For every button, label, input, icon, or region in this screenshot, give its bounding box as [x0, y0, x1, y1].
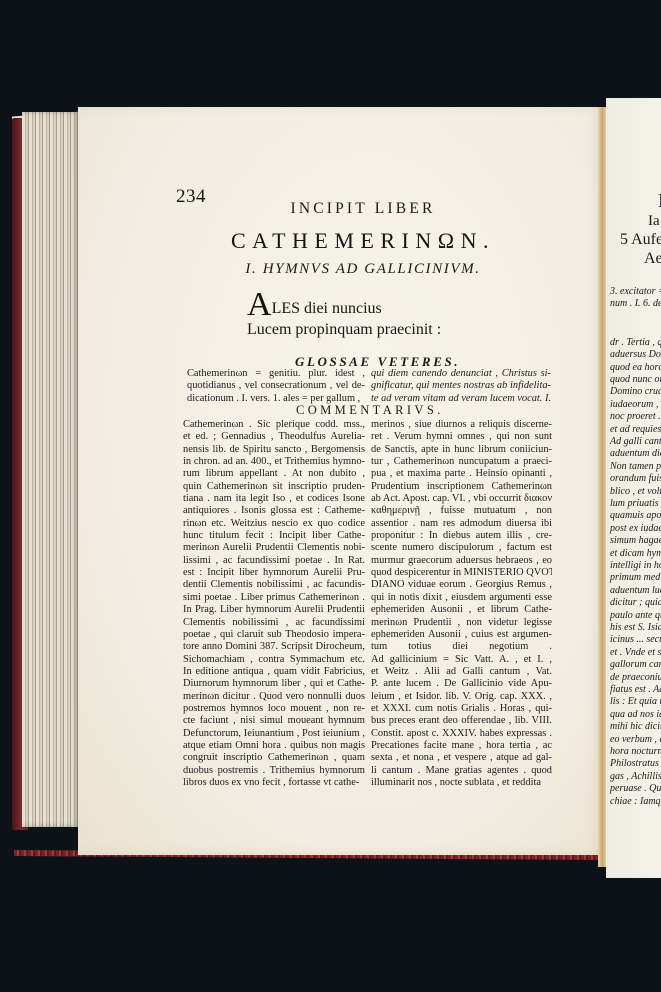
text-line: DIANO viduae eorum . Georgius Remus , — [371, 579, 552, 591]
text-line: scente numero discipulorum , factum est — [371, 542, 552, 554]
right-page-text-line: qua ad nos iam f — [610, 709, 661, 720]
text-line: gnificatur, qui mentes nostras ab infide… — [371, 380, 551, 392]
text-line: quin Cathemerinωn sit inscriptio pruden- — [183, 481, 365, 493]
verse-line-1-text: LES diei nuncius — [272, 300, 382, 317]
commentarius-heading: COMMENTARIVS. — [296, 403, 444, 418]
text-line: merinωn Prudentii , non videtur legisse — [371, 617, 552, 629]
right-page-text-line: gallorum cantus — [610, 659, 661, 670]
text-line: In editione antiqua , quam vidit Fabrici… — [183, 666, 365, 678]
text-line: ephemeriden Ausonii , cuius est argumen- — [371, 629, 552, 641]
text-line: merinωn dicitur . Quod vero nonnulli duo… — [183, 691, 365, 703]
right-page-text-line: his est S. Isidoru — [610, 622, 661, 633]
right-page-text-line: aduersus Domini — [610, 349, 661, 360]
text-line: leium , et Isidor. lib. V. Orig. cap. XX… — [371, 691, 552, 703]
right-page-text-line: et ad requiescere — [610, 424, 661, 435]
text-line: postremos hymnos loco mouent , non re- — [183, 703, 365, 715]
text-line: et Weitz . Alii ad Galli cantum , Vat. — [371, 666, 552, 678]
right-page-text-line: aduentum diei a — [610, 448, 661, 459]
text-line: Sichomachiam , contra Symmachum etc. — [183, 654, 365, 666]
title-incipit-liber: INCIPIT LIBER — [78, 200, 606, 218]
page-edges-stack — [22, 112, 80, 827]
right-page-text-line: peruase . Quo — [610, 783, 661, 794]
right-page-text-line: Philostratus lib — [610, 758, 661, 769]
right-page-text-line: 3. excitator = — [610, 286, 661, 297]
text-line: tiana . nam ita legit Iso , et codices I… — [183, 493, 365, 505]
text-line: Defunctorum, Ieiunantium , Post ieiunium… — [183, 728, 365, 740]
text-line: quod despicerentur in MINISTERIO QVOTI- — [371, 567, 552, 579]
text-line: de Sanctis, apte in hunc librum coniiciu… — [371, 444, 552, 456]
text-line: simi poetae . Liber primus Cathemerinωn … — [183, 592, 365, 604]
right-page-text-line: iudaeorum , et e — [610, 399, 661, 410]
text-line: poetae , qui claruit sub Theodosio imper… — [183, 629, 365, 641]
right-page-text-line: blico , et volu — [610, 486, 661, 497]
text-line: Precationes facite mane , hora tertia , … — [371, 740, 552, 752]
right-page-text-line: orandum fuisse — [610, 473, 661, 484]
text-line: duobus postremis . Trithemius hymnorum — [183, 765, 365, 777]
text-line: tur , Cathemerinωn nuncupatum a praeci- — [371, 456, 552, 468]
text-line: tore anno Domini 387. Scripsit Dirocheum… — [183, 641, 365, 653]
right-page-text-line: icinus ... secu — [610, 634, 661, 645]
text-line: merinos , siue diurnos a reliquis discer… — [371, 419, 552, 431]
right-page-text-line: et . Vnde et su — [610, 647, 661, 658]
text-line: assentior . nam res admodum diuersa ibi — [371, 518, 552, 530]
right-page-text-line: Ad galli cantu — [610, 436, 661, 447]
right-page-text-line: lum priuatis rel — [610, 498, 661, 509]
text-line: murmur graecorum aduersus hebraeos , eo — [371, 555, 552, 567]
right-page-text-line: paulo ante quan — [610, 610, 661, 621]
right-page-text-line: quamuis aposto — [610, 510, 661, 521]
text-line: In Prag. Liber hymnorum Aurelii Prudenti… — [183, 604, 365, 616]
text-line: proponitur : In diebus autem illis , cre… — [371, 530, 552, 542]
text-line: Cathemerinωn = genitiu. plur. idest , — [187, 368, 365, 380]
right-page-text-line: chiae : Iamq — [610, 796, 661, 807]
text-line: atque etiam Omni hora . quibus non magis — [183, 740, 365, 752]
right-page-text-line: intelligi in hoc — [610, 560, 661, 571]
drop-cap: A — [247, 286, 272, 323]
text-line: libros duos ex vno fecit , fortasse vt c… — [183, 777, 365, 789]
right-page-text-line: Domino crucifixu — [610, 386, 661, 397]
text-line: cte faciunt , nisi simul moueant hymnum — [183, 715, 365, 727]
text-line: antiquiores . Isonis glossa est : Cathem… — [183, 505, 365, 517]
text-line: illuminarit nos , nocte sublata , et red… — [371, 777, 552, 789]
text-line: qui diem canendo denunciat , Christus si… — [371, 368, 551, 380]
text-line: Clementis nobilissimi , ac facundissimi — [183, 617, 365, 629]
text-line: et XXXI. cum notis Grialis . Horas , qui… — [371, 703, 552, 715]
right-page-text-line: dr . Tertia , quo — [610, 337, 661, 348]
hymn-title: I. HYMNVS AD GALLICINIVM. — [78, 261, 606, 278]
right-page-text-line: mihi hic dicitur — [610, 721, 661, 732]
right-page-text-line: de praeconium — [610, 672, 661, 683]
right-page-text-line: quod nunc omnia — [610, 374, 661, 385]
right-page-text-line: hora nocturna — [610, 746, 661, 757]
right-page-text-line: quod ea hora in — [610, 362, 661, 373]
verse-line-2: Lucem propinquam praecinit : — [247, 321, 441, 339]
right-page-text-line: fiatus est . Ad c — [610, 684, 661, 695]
text-line: tum totius diei negotium . — [371, 641, 552, 653]
text-line: hunc titulum fecit : Incipit liber Cathe… — [183, 530, 365, 542]
text-line: qui in notis dixit , eiusdem argumenti e… — [371, 592, 552, 604]
text-line: P. ante lucem . De Gallicinio vide Apu- — [371, 678, 552, 690]
right-page-text-line: gas , Achillis — [610, 771, 661, 782]
text-line: ab Act. Apost. cap. VI. , vbi occurrit δ… — [371, 493, 552, 505]
right-page-text-line: aduentum lucis — [610, 585, 661, 596]
glossae-left-column: Cathemerinωn = genitiu. plur. idest ,quo… — [187, 368, 365, 405]
title-cathemerinon: CATHEMERINΩN. — [78, 228, 606, 254]
right-page-heading-3: 5 Aufe — [620, 231, 661, 249]
right-page-text-line: Non tamen pu — [610, 461, 661, 472]
text-line: pua , et maxima parte . Heinsio opinanti… — [371, 468, 552, 480]
commentarius-right-column: merinos , siue diurnos a reliquis discer… — [371, 419, 552, 789]
text-line: καθημερινῇ , fuisse mutuatum , non — [371, 505, 552, 517]
right-page-text-line: dicitur ; quia h — [610, 597, 661, 608]
right-page: N Ia 5 Aufe Ae 3. excitator =num . I. 6.… — [606, 98, 661, 878]
right-page-text-line: eo verbum , qu — [610, 734, 661, 745]
text-line: rum librum appellant . At non dubito , — [183, 468, 365, 480]
text-line: Prudentium inscriptionem Cathemerinωn — [371, 481, 552, 493]
text-line: rinωn etc. Weitzius nescio ex quo codice — [183, 518, 365, 530]
glossae-right-column: qui diem canendo denunciat , Christus si… — [371, 368, 551, 405]
text-line: merinωn Aurelii Prudentii Clementis nobi… — [183, 542, 365, 554]
text-line: in chron. ad an. 400., et Trithemius hym… — [183, 456, 365, 468]
text-line: Constit. apost c. XXXIV. habes expressas… — [371, 728, 552, 740]
text-line: quotidianus , vel consecrationum , vel d… — [187, 380, 365, 392]
right-page-text-line: noc proeret . Ve — [610, 411, 661, 422]
right-page-heading-4: Ae — [644, 250, 661, 268]
text-line: bus preces erant deo offerendae , lib. V… — [371, 715, 552, 727]
right-page-text-line: et dicam hymr — [610, 548, 661, 559]
text-line: dentii Clementis nobilissimi , ac facund… — [183, 579, 365, 591]
text-line: li cantum . Mane gratias agentes . quod — [371, 765, 552, 777]
text-line: est : Incipit liber hymnorum Aurelii Pru… — [183, 567, 365, 579]
text-line: congruit inscriptio Cathemerinωn , quam — [183, 752, 365, 764]
right-page-text-line: num . I. 6. desi — [610, 298, 661, 309]
text-line: Diurnorum hymnorum liber , qui et Cathe- — [183, 678, 365, 690]
text-line: ret . Verum hymni omnes , qui non sunt — [371, 431, 552, 443]
text-line: Cathemerinωn . Sic plerique codd. mss., — [183, 419, 365, 431]
commentarius-left-column: Cathemerinωn . Sic plerique codd. mss.,e… — [183, 419, 365, 789]
text-line: Ad gallicinium = Sic Vatt. A. , et I. , — [371, 654, 552, 666]
right-page-text-line: lis : Et quia noc — [610, 696, 661, 707]
right-page-heading-2: Ia — [648, 213, 660, 230]
text-line: nensis lib. de Spiritu sancto , Bergomen… — [183, 444, 365, 456]
right-page-text-line: simum hagae — [610, 535, 661, 546]
right-page-text-line: post ex iudaeo — [610, 523, 661, 534]
text-line: lissimi , ac facundissimi poetae . In Ra… — [183, 555, 365, 567]
text-line: ephemeriden Ausonii , et librum Cathe- — [371, 604, 552, 616]
verse-line-1: ALES diei nuncius — [247, 290, 382, 320]
text-line: sexta , et nona , et vespere , atque ad … — [371, 752, 552, 764]
right-page-text-line: primum media — [610, 572, 661, 583]
text-line: et ed. ; Gennadius , Theodulfus Aurelia- — [183, 431, 365, 443]
